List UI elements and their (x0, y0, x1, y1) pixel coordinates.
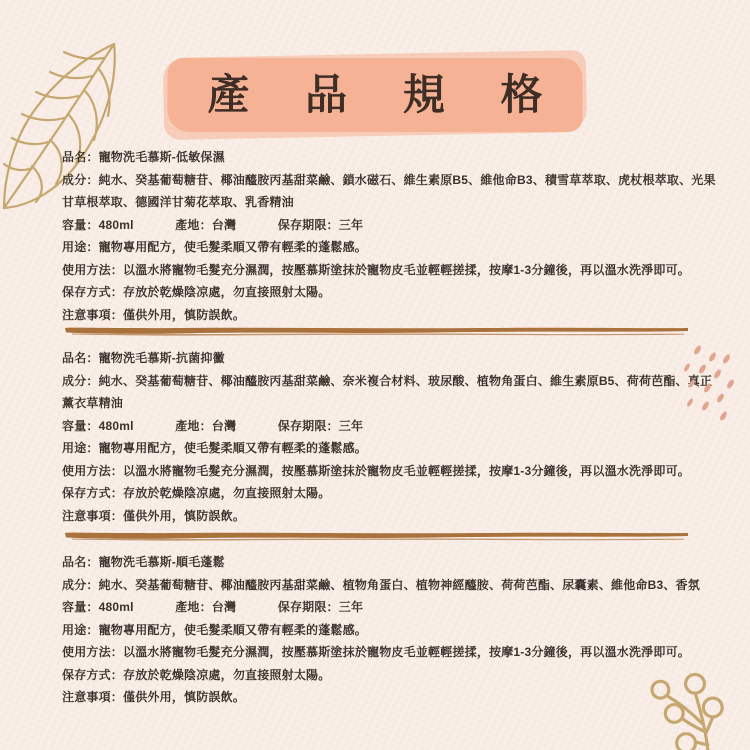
storage-text: 存放於乾燥陰凉處，勿直接照射太陽。 (123, 285, 330, 299)
origin-label: 產地： (175, 419, 212, 433)
title-banner: 產 品 規 格 (167, 58, 582, 132)
capacity-field: 容量：480ml (62, 415, 134, 438)
shelf-life-value: 三年 (339, 419, 363, 433)
capacity-value: 480ml (99, 218, 134, 232)
ingredients-label: 成分： (62, 578, 99, 592)
directions-label: 使用方法： (62, 464, 123, 478)
meta-line: 容量：480ml 產地：台灣 保存期限：三年 (62, 596, 717, 619)
origin-field: 產地：台灣 (175, 214, 236, 237)
notice-line: 注意事項：僅供外用，慎防誤飲。 (62, 505, 717, 528)
origin-label: 產地： (175, 600, 212, 614)
ingredients-line: 成分：純水、癸基葡萄糖苷、椰油醯胺丙基甜菜鹼、鎖水磁石、維生素原B5、維他命B3… (62, 169, 717, 214)
product-name-line: 品名：寵物洗毛慕斯-低敏保濕 (62, 146, 717, 169)
shelf-life-label: 保存期限： (278, 419, 339, 433)
origin-field: 產地：台灣 (175, 596, 236, 619)
dot-icon (726, 378, 736, 389)
shelf-life-label: 保存期限： (278, 600, 339, 614)
notice-label: 注意事項： (62, 308, 123, 322)
directions-text: 以溫水將寵物毛髮充分濕潤，按壓慕斯塗抹於寵物皮毛並輕輕搓揉，按摩1-3分鐘後，再… (123, 464, 690, 478)
storage-label: 保存方式： (62, 486, 123, 500)
usage-text: 寵物專用配方，使毛髮柔順又帶有輕柔的蓬鬆感。 (99, 441, 367, 455)
name-label: 品名： (62, 555, 99, 569)
storage-label: 保存方式： (62, 668, 123, 682)
notice-line: 注意事項：僅供外用，慎防誤飲。 (62, 304, 717, 327)
storage-text: 存放於乾燥陰凉處，勿直接照射太陽。 (123, 486, 330, 500)
meta-line: 容量：480ml 產地：台灣 保存期限：三年 (62, 214, 717, 237)
storage-line: 保存方式：存放於乾燥陰凉處，勿直接照射太陽。 (62, 482, 717, 505)
brush-divider (62, 326, 690, 336)
usage-text: 寵物專用配方，使毛髮柔順又帶有輕柔的蓬鬆感。 (99, 240, 367, 254)
notice-label: 注意事項： (62, 509, 123, 523)
usage-label: 用途： (62, 240, 99, 254)
usage-label: 用途： (62, 441, 99, 455)
storage-text: 存放於乾燥陰凉處，勿直接照射太陽。 (123, 668, 330, 682)
ingredients-line: 成分：純水、癸基葡萄糖苷、椰油醯胺丙基甜菜鹼、奈米複合材料、玻尿酸、植物角蛋白、… (62, 370, 717, 415)
origin-value: 台灣 (212, 218, 236, 232)
product-name-line: 品名：寵物洗毛慕斯-順毛蓬鬆 (62, 551, 717, 574)
meta-line: 容量：480ml 產地：台灣 保存期限：三年 (62, 415, 717, 438)
directions-line: 使用方法：以溫水將寵物毛髮充分濕潤，按壓慕斯塗抹於寵物皮毛並輕輕搓揉，按摩1-3… (62, 641, 717, 664)
notice-line: 注意事項：僅供外用，慎防誤飲。 (62, 686, 717, 709)
notice-text: 僅供外用，慎防誤飲。 (123, 308, 245, 322)
capacity-field: 容量：480ml (62, 214, 134, 237)
page-title: 產 品 規 格 (167, 58, 582, 132)
usage-label: 用途： (62, 623, 99, 637)
usage-line: 用途：寵物專用配方，使毛髮柔順又帶有輕柔的蓬鬆感。 (62, 236, 717, 259)
capacity-field: 容量：480ml (62, 596, 134, 619)
shelf-life-field: 保存期限：三年 (278, 214, 363, 237)
directions-label: 使用方法： (62, 645, 123, 659)
directions-line: 使用方法：以溫水將寵物毛髮充分濕潤，按壓慕斯塗抹於寵物皮毛並輕輕搓揉，按摩1-3… (62, 259, 717, 282)
shelf-life-value: 三年 (339, 218, 363, 232)
product-section-1: 品名：寵物洗毛慕斯-低敏保濕 成分：純水、癸基葡萄糖苷、椰油醯胺丙基甜菜鹼、鎖水… (62, 146, 717, 326)
product-name: 寵物洗毛慕斯-順毛蓬鬆 (99, 555, 225, 569)
product-name-line: 品名：寵物洗毛慕斯-抗菌抑黴 (62, 347, 717, 370)
product-section-3: 品名：寵物洗毛慕斯-順毛蓬鬆 成分：純水、癸基葡萄糖苷、椰油醯胺丙基甜菜鹼、植物… (62, 551, 717, 709)
product-name: 寵物洗毛慕斯-低敏保濕 (99, 150, 225, 164)
product-section-2: 品名：寵物洗毛慕斯-抗菌抑黴 成分：純水、癸基葡萄糖苷、椰油醯胺丙基甜菜鹼、奈米… (62, 347, 717, 527)
berry-branch-icon (640, 666, 750, 750)
shelf-life-field: 保存期限：三年 (278, 596, 363, 619)
storage-line: 保存方式：存放於乾燥陰凉處，勿直接照射太陽。 (62, 281, 717, 304)
origin-value: 台灣 (212, 600, 236, 614)
shelf-life-label: 保存期限： (278, 218, 339, 232)
ingredients-label: 成分： (62, 374, 99, 388)
storage-label: 保存方式： (62, 285, 123, 299)
directions-text: 以溫水將寵物毛髮充分濕潤，按壓慕斯塗抹於寵物皮毛並輕輕搓揉，按摩1-3分鐘後，再… (123, 645, 690, 659)
name-label: 品名： (62, 351, 99, 365)
origin-label: 產地： (175, 218, 212, 232)
ingredients-text: 純水、癸基葡萄糖苷、椰油醯胺丙基甜菜鹼、奈米複合材料、玻尿酸、植物角蛋白、維生素… (62, 374, 712, 411)
notice-text: 僅供外用，慎防誤飲。 (123, 509, 245, 523)
capacity-value: 480ml (99, 600, 134, 614)
directions-text: 以溫水將寵物毛髮充分濕潤，按壓慕斯塗抹於寵物皮毛並輕輕搓揉，按摩1-3分鐘後，再… (123, 263, 690, 277)
dot-icon (719, 410, 729, 421)
ingredients-label: 成分： (62, 173, 99, 187)
ingredients-text: 純水、癸基葡萄糖苷、椰油醯胺丙基甜菜鹼、植物角蛋白、植物神經醯胺、荷荷芭酯、尿囊… (99, 578, 700, 592)
usage-line: 用途：寵物專用配方，使毛髮柔順又帶有輕柔的蓬鬆感。 (62, 619, 717, 642)
name-label: 品名： (62, 150, 99, 164)
directions-label: 使用方法： (62, 263, 123, 277)
notice-text: 僅供外用，慎防誤飲。 (123, 690, 245, 704)
storage-line: 保存方式：存放於乾燥陰凉處，勿直接照射太陽。 (62, 664, 717, 687)
ingredients-text: 純水、癸基葡萄糖苷、椰油醯胺丙基甜菜鹼、鎖水磁石、維生素原B5、維他命B3、積雪… (62, 173, 716, 210)
ingredients-line: 成分：純水、癸基葡萄糖苷、椰油醯胺丙基甜菜鹼、植物角蛋白、植物神經醯胺、荷荷芭酯… (62, 574, 717, 597)
capacity-label: 容量： (62, 218, 99, 232)
origin-value: 台灣 (212, 419, 236, 433)
notice-label: 注意事項： (62, 690, 123, 704)
origin-field: 產地：台灣 (175, 415, 236, 438)
usage-text: 寵物專用配方，使毛髮柔順又帶有輕柔的蓬鬆感。 (99, 623, 367, 637)
product-name: 寵物洗毛慕斯-抗菌抑黴 (99, 351, 225, 365)
directions-line: 使用方法：以溫水將寵物毛髮充分濕潤，按壓慕斯塗抹於寵物皮毛並輕輕搓揉，按摩1-3… (62, 460, 717, 483)
brush-divider (62, 531, 690, 541)
shelf-life-field: 保存期限：三年 (278, 415, 363, 438)
dot-icon (722, 353, 732, 364)
shelf-life-value: 三年 (339, 600, 363, 614)
page-background: 產 品 規 格 品名：寵物洗毛慕斯-低敏保濕 成分：純水、癸基葡萄糖苷、椰油醯胺… (0, 0, 750, 750)
usage-line: 用途：寵物專用配方，使毛髮柔順又帶有輕柔的蓬鬆感。 (62, 437, 717, 460)
dot-icon (716, 392, 726, 403)
capacity-label: 容量： (62, 419, 99, 433)
capacity-value: 480ml (99, 419, 134, 433)
capacity-label: 容量： (62, 600, 99, 614)
